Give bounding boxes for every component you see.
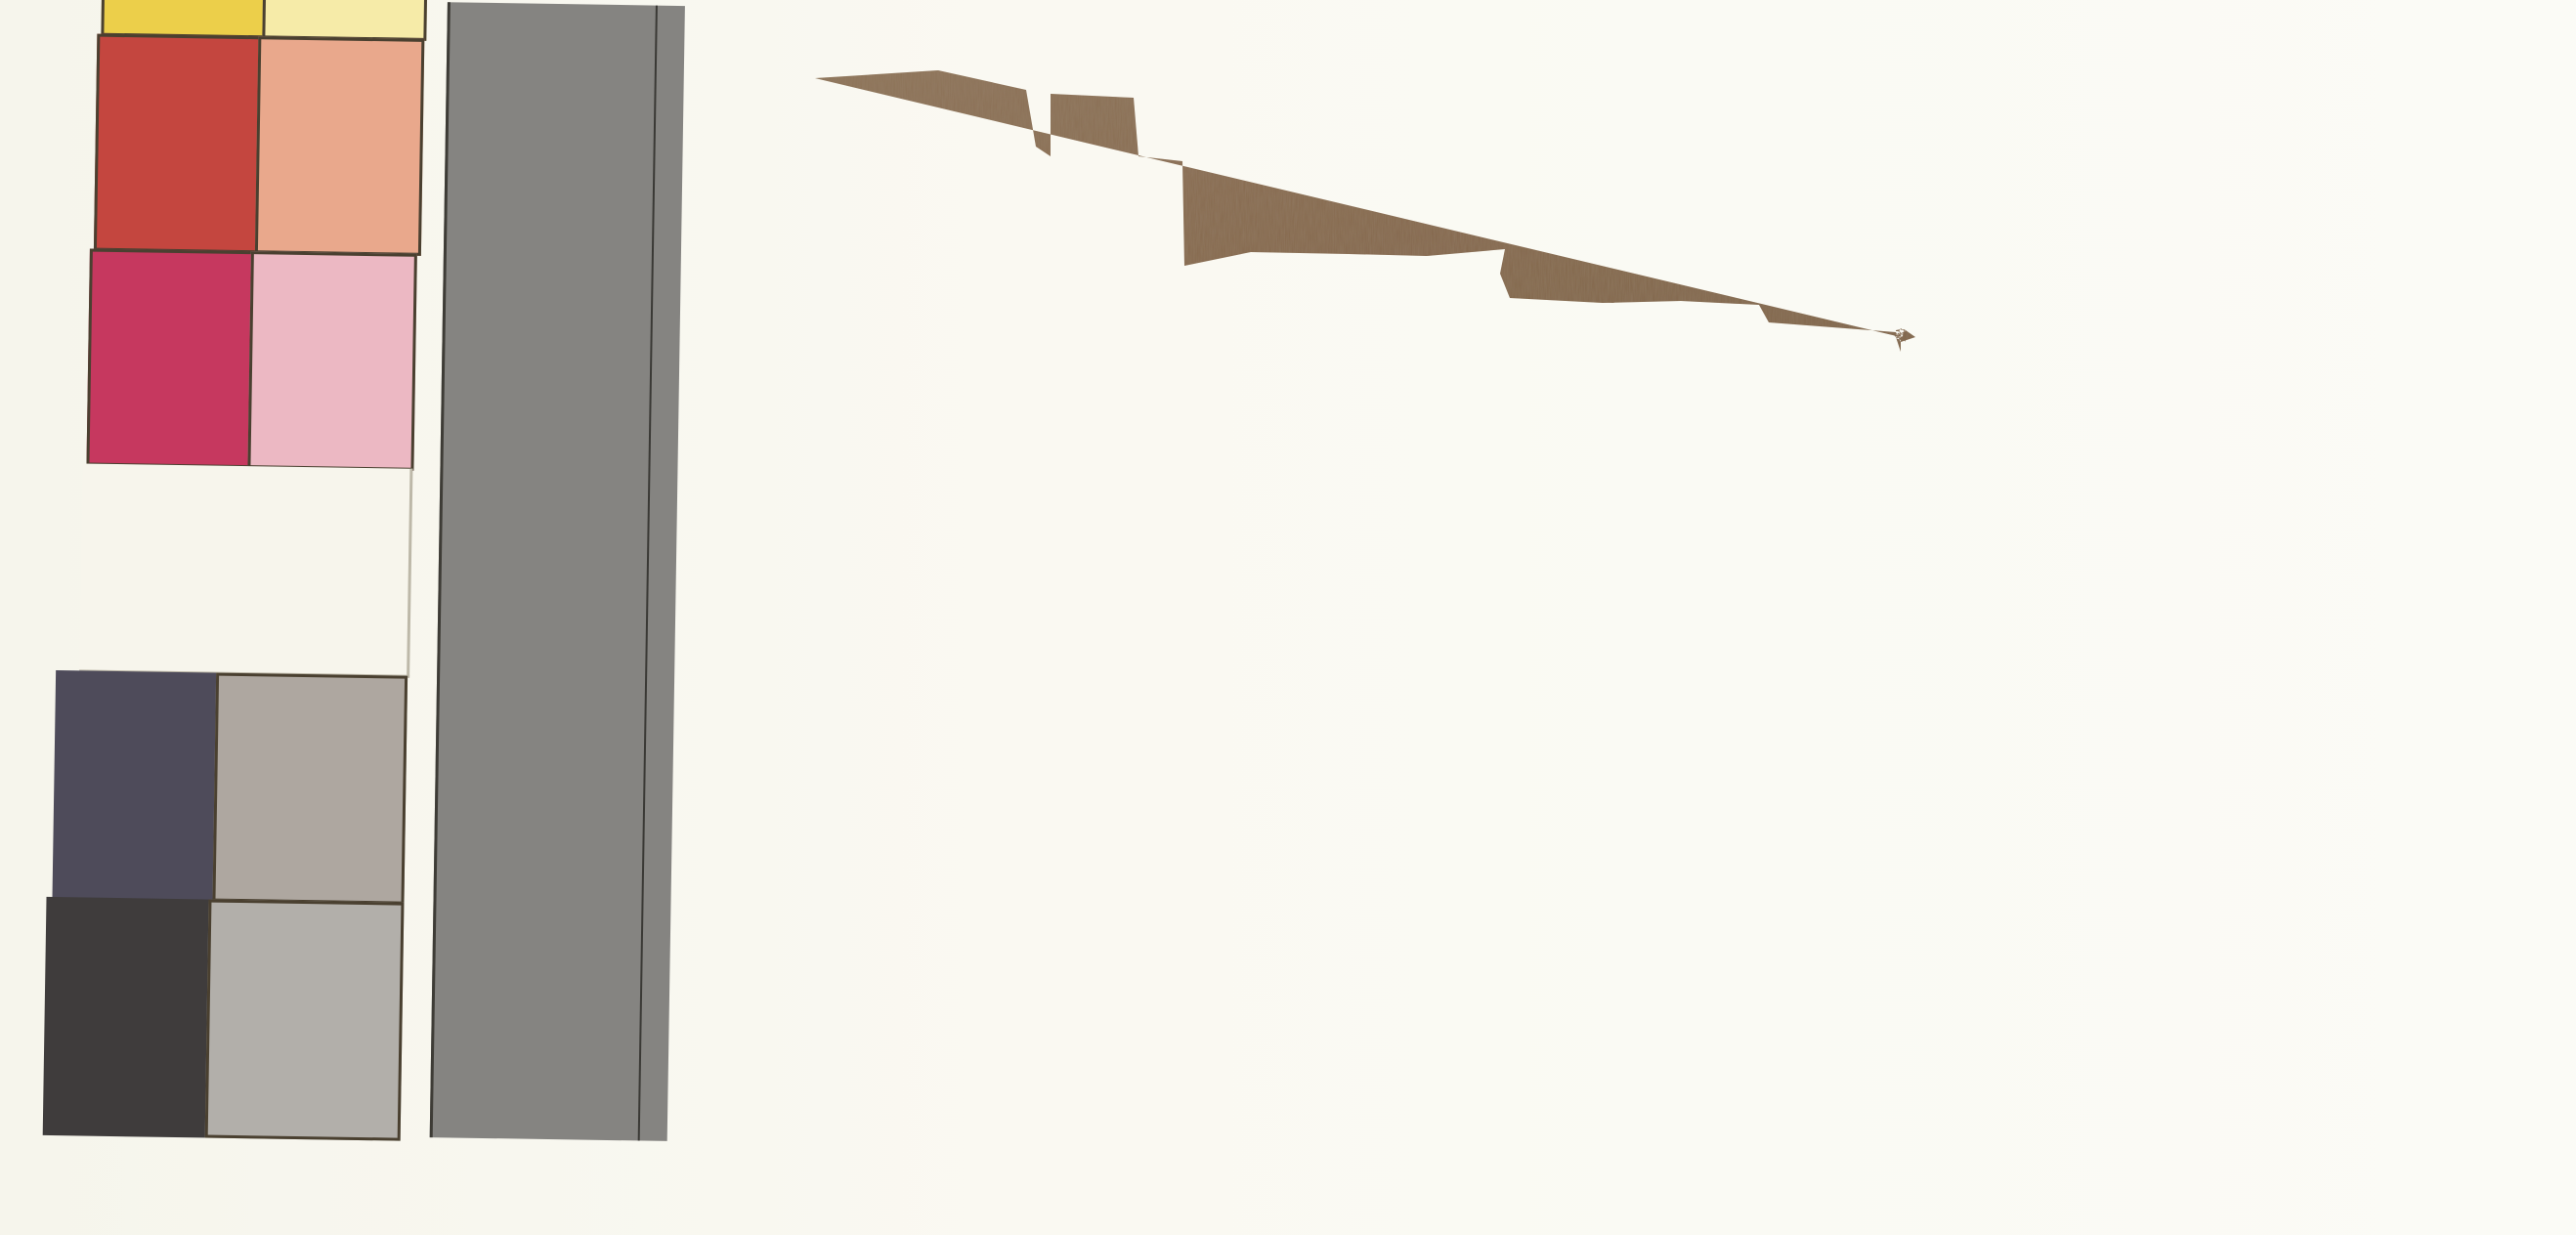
photo-background — [0, 0, 2576, 1235]
papyrus-fragment — [0, 0, 2576, 1235]
